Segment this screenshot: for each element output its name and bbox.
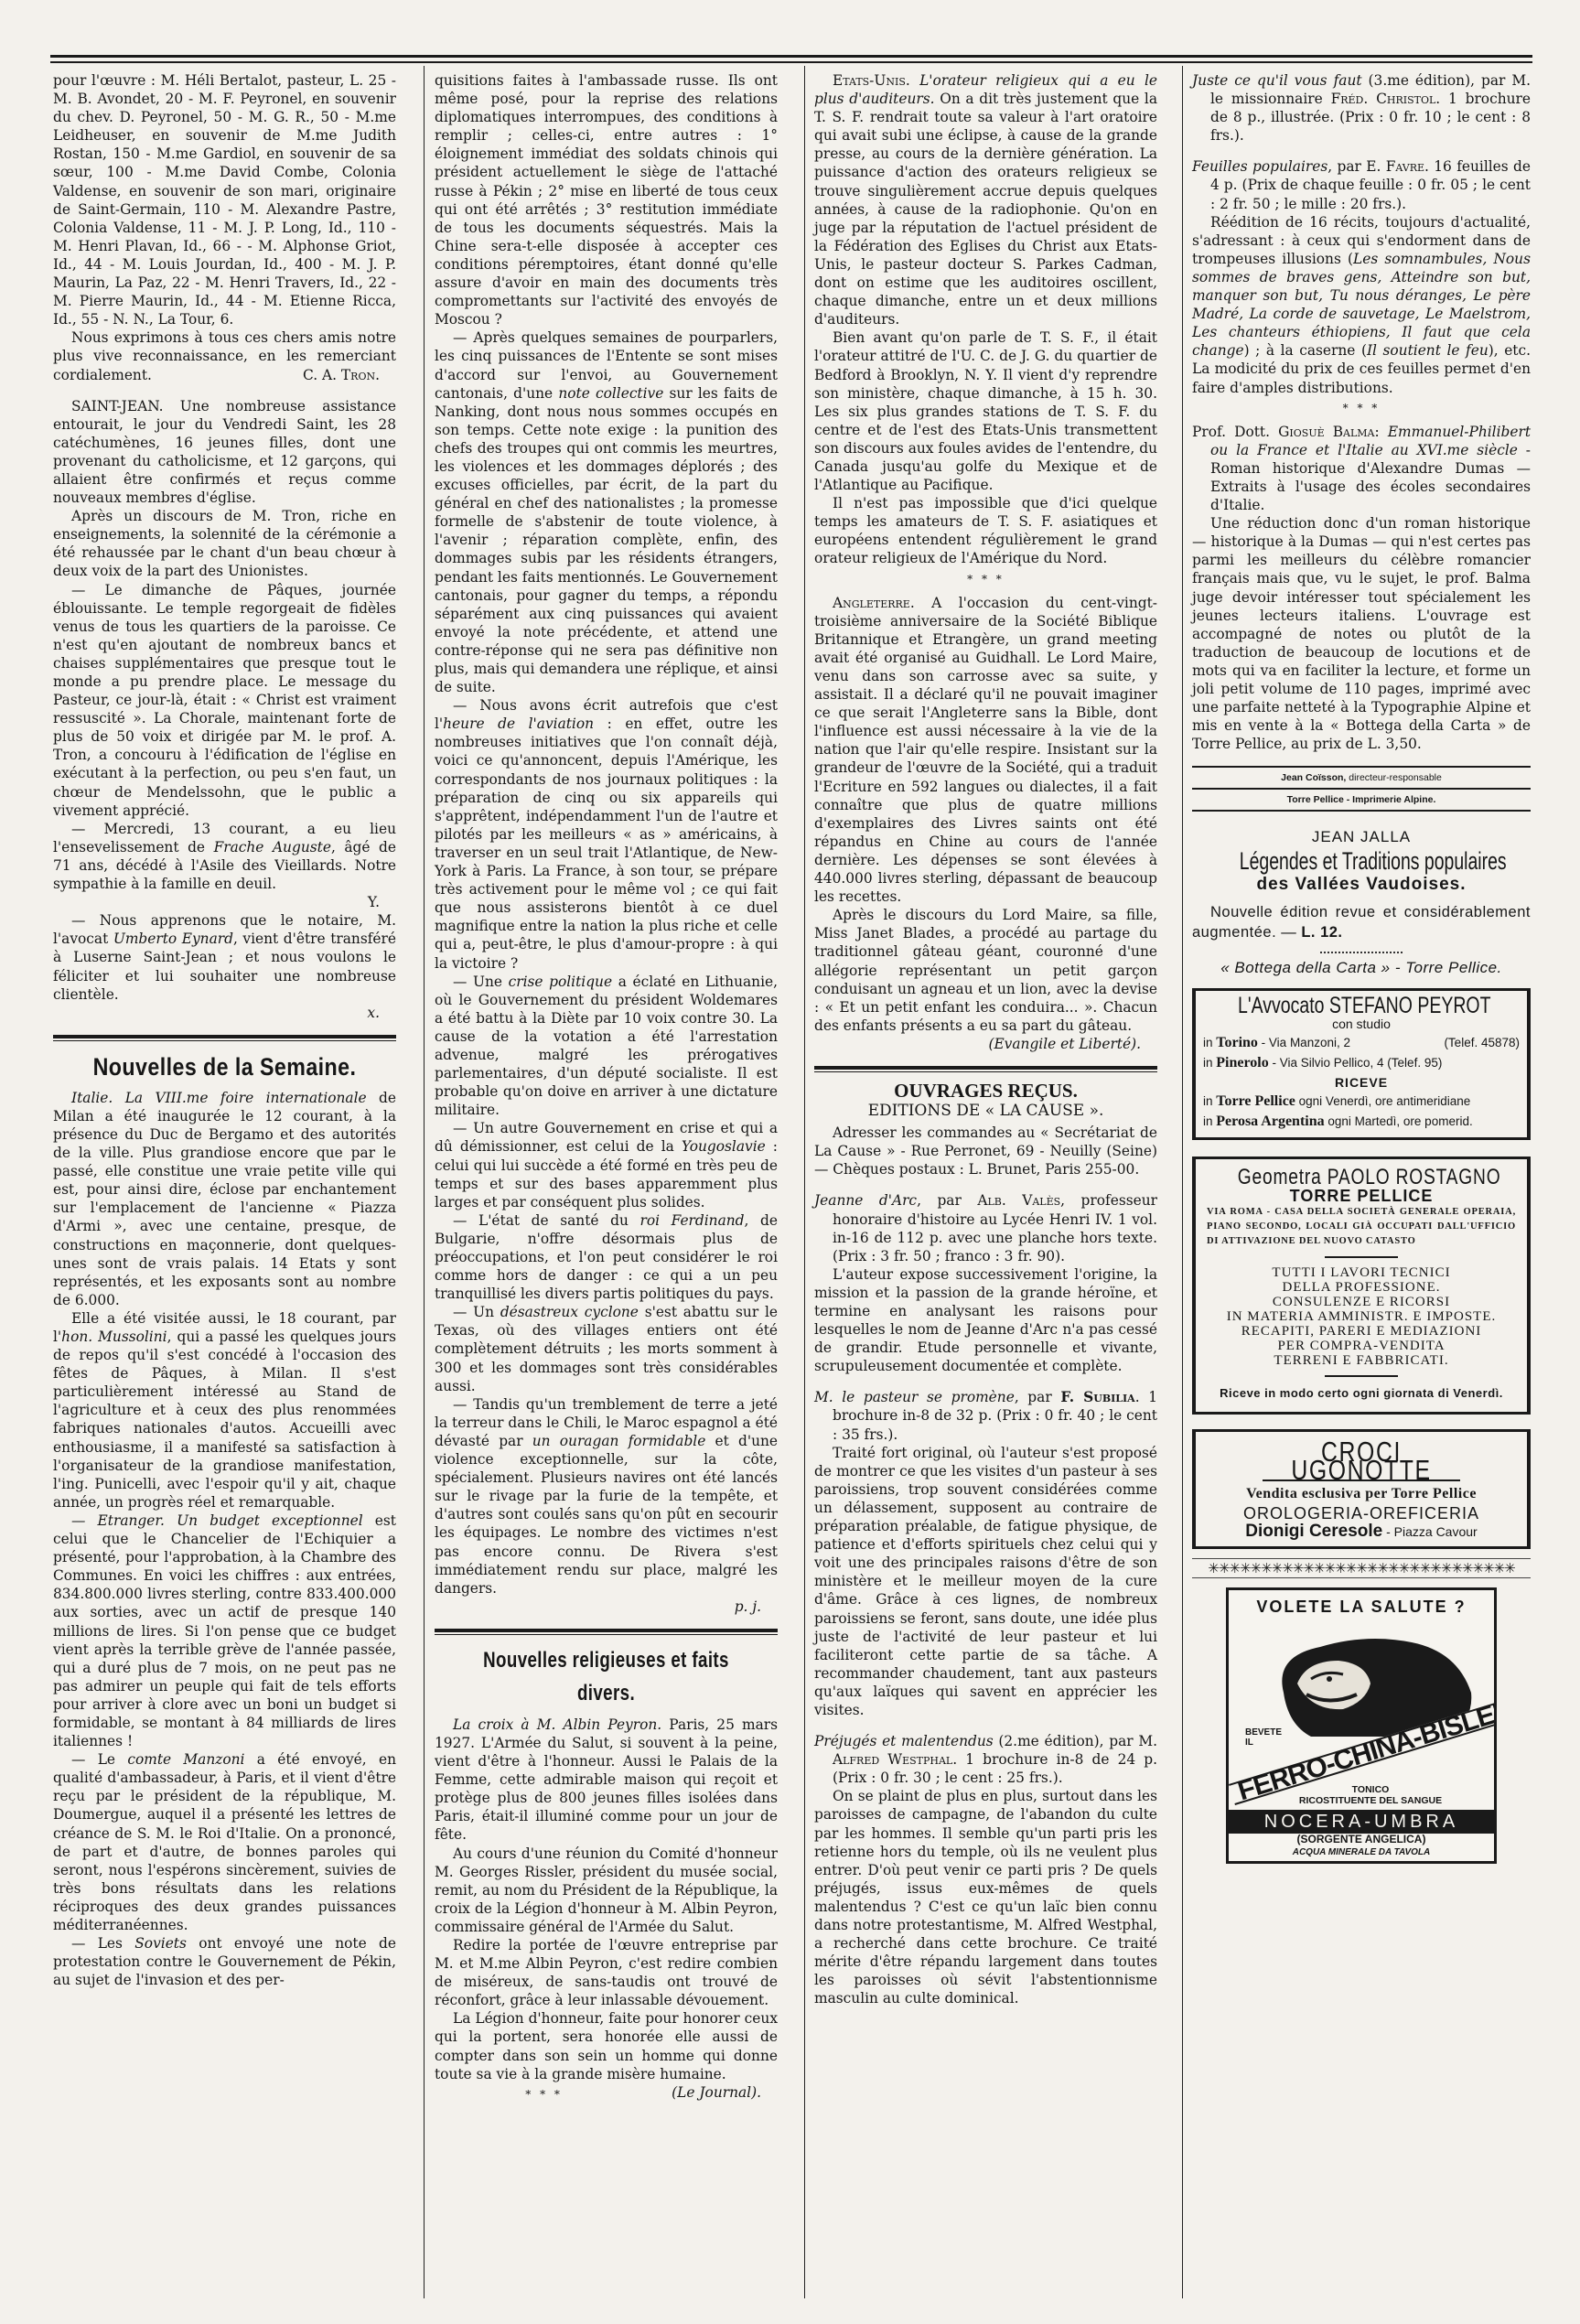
paragraph: Au cours d'une réunion du Comité d'honne… [435, 1845, 778, 1936]
paragraph: Adresser les commandes au « Secrétariat … [814, 1124, 1157, 1178]
paragraph: — Tandis qu'un tremblement de terre a je… [435, 1395, 778, 1598]
paragraph: Il n'est pas impossible que d'ici quelqu… [814, 494, 1157, 567]
paragraph: quisitions faites à l'ambassade russe. I… [435, 71, 778, 328]
ornamental-border: ✳✳✳✳✳✳✳✳✳✳✳✳✳✳✳✳✳✳✳✳✳✳✳✳✳✳✳✳✳ [1192, 1558, 1531, 1578]
section-title-ouvrages-recus: OUVRAGES REÇUS. [814, 1081, 1157, 1100]
column-divider [804, 66, 805, 2298]
section-rule [814, 1066, 1157, 1072]
paragraph: — Un autre Gouvernement en crise et qui … [435, 1119, 778, 1210]
ad-address: VIA ROMA - CASA DELLA SOCIETÀ GENERALE O… [1207, 1205, 1516, 1249]
signature: C. A. Tron. [285, 366, 396, 384]
ad-avvocato-peyrot: L'Avvocato STEFANO PEYROT con studio in … [1192, 988, 1531, 1140]
paragraph: — Nous avons écrit autrefois que c'est l… [435, 696, 778, 972]
saint-jean-article: SAINT-JEAN. Une nombreuse assistance ent… [53, 397, 396, 508]
paragraph: La Légion d'honneur, faite pour honorer … [435, 2009, 778, 2082]
book-review: On se plaint de plus en plus, surtout da… [814, 1787, 1157, 2007]
source-citation: (Evangile et Liberté). [814, 1035, 1157, 1053]
book-review: Réédition de 16 récits, toujours d'actua… [1192, 213, 1531, 397]
column-1: pour l'œuvre : M. Héli Bertalot, pasteur… [53, 71, 396, 1989]
paragraph: — Une crise politique a éclaté en Lithua… [435, 973, 778, 1120]
ad-hours-torre-pellice: in Torre Pellice ogni Venerdì, ore antim… [1203, 1092, 1520, 1112]
ad-headline: VOLETE LA SALUTE ? [1229, 1598, 1494, 1616]
paragraph: Redire la portée de l'œuvre entreprise p… [435, 1936, 778, 2009]
ad-line: OROLOGERIA-OREFICERIA [1203, 1504, 1520, 1522]
book-review: L'auteur expose successivement l'origine… [814, 1265, 1157, 1376]
paragraph: Bien avant qu'on parle de T. S. F., il é… [814, 328, 1157, 494]
ad-title: L'Avvocato STEFANO PEYROT [1238, 996, 1485, 1015]
book-entry: Jeanne d'Arc, par Alb. Valès, professeur… [814, 1191, 1157, 1264]
section-title-nouvelles-semaine: Nouvelles de la Semaine. [77, 1050, 372, 1083]
imprint: Jean Coïsson, directeur-responsable Torr… [1192, 766, 1531, 812]
paragraph: — Nous apprenons que le notaire, M. l'av… [53, 911, 396, 1003]
book-entry: M. le pasteur se promène, par F. Subilia… [814, 1388, 1157, 1443]
paragraph: — Mercredi, 13 courant, a eu lieu l'ense… [53, 820, 396, 893]
paragraph: Elle a été visitée aussi, le 18 courant,… [53, 1309, 396, 1512]
paragraph: — Le comte Manzoni a été envoyé, en qual… [53, 1750, 396, 1934]
paragraph: — Le dimanche de Pâques, journée éblouis… [53, 581, 396, 820]
ad-tagline: TONICORICOSTITUENTE DEL SANGUE [1284, 1784, 1457, 1806]
imprint-printer: Torre Pellice - Imprimerie Alpine. [1192, 791, 1531, 808]
signature: Y. [53, 893, 396, 911]
ad-town: TORRE PELLICE [1207, 1187, 1516, 1205]
ad-merchant: Dionigi Ceresole - Piazza Cavour [1203, 1522, 1520, 1541]
angleterre-article: Angleterre. A l'occasion du cent-vingt-t… [814, 594, 1157, 907]
book-entry: Prof. Dott. Giosuè Balma: Emmanuel-Phili… [1192, 423, 1531, 514]
separator-stars: * * * [814, 570, 1157, 588]
donations-list: pour l'œuvre : M. Héli Bertalot, pasteur… [53, 71, 396, 328]
ad-source: (SORGENTE ANGELICA)ACQUA MINERALE DA TAV… [1229, 1834, 1494, 1858]
book-entry: Feuilles populaires, par E. Favre. 16 fe… [1192, 157, 1531, 212]
book-entry: Juste ce qu'il vous faut (3.me édition),… [1192, 71, 1531, 145]
ad-seller: « Bottega della Carta » - Torre Pellice. [1192, 959, 1531, 977]
ad-hours-perosa: in Perosa Argentina ogni Martedì, ore po… [1203, 1112, 1520, 1132]
etats-unis-article: Etats-Unis. L'orateur religieux qui a eu… [814, 71, 1157, 328]
paragraph: — Les Soviets ont envoyé une note de pro… [53, 1934, 396, 1989]
donations-thanks: Nous exprimons à tous ces chers amis not… [53, 328, 396, 383]
ad-subtitle: des Vallées Vaudoises. [1192, 876, 1531, 894]
book-review: Une réduction donc d'un roman historique… [1192, 514, 1531, 753]
column-4: Juste ce qu'il vous faut (3.me édition),… [1192, 71, 1531, 1864]
paragraph: La croix à M. Albin Peyron. Paris, 25 ma… [435, 1716, 778, 1845]
paragraph: Après un discours de M. Tron, riche en e… [53, 507, 396, 580]
ad-title: Légendes et Traditions populaires [1240, 846, 1483, 876]
ad-nocera: NOCERA-UMBRA [1229, 1810, 1494, 1834]
book-review: Traité fort original, où l'auteur s'est … [814, 1444, 1157, 1719]
etranger-article: — Etranger. Un budget exceptionnel est c… [53, 1512, 396, 1750]
ad-jalla-book: JEAN JALLA Légendes et Traditions popula… [1192, 828, 1531, 976]
ad-bevete: BEVETEIL [1245, 1727, 1282, 1748]
paragraph: Après le discours du Lord Maire, sa fill… [814, 906, 1157, 1035]
column-divider [424, 66, 425, 2298]
dotted-rule [1320, 952, 1403, 953]
ad-ferro-china-bisleri: VOLETE LA SALUTE ? BEVETEIL FERRO-CHINA-… [1226, 1587, 1497, 1864]
ad-title: CROCI UGONOTTE [1263, 1443, 1460, 1481]
source-citation: (Le Journal). [653, 2083, 778, 2102]
ad-title: Geometra PAOLO ROSTAGNO [1238, 1168, 1485, 1187]
ad-riceve: RICEVE [1203, 1073, 1520, 1092]
ad-services: TUTTI I LAVORI TECNICI DELLA PROFESSIONE… [1207, 1265, 1516, 1368]
divider [1325, 1375, 1398, 1377]
publisher-heading: EDITIONS DE « LA CAUSE ». [814, 1102, 1157, 1120]
section-rule [53, 1035, 396, 1041]
ad-description: Nouvelle édition revue et considérableme… [1192, 902, 1531, 942]
paragraph: — Un désastreux cyclone s'est abattu sur… [435, 1303, 778, 1394]
column-2: quisitions faites à l'ambassade russe. I… [435, 71, 778, 2109]
separator-stars: * * * [1192, 399, 1531, 417]
paragraph: — L'état de santé du roi Ferdinand, de B… [435, 1211, 778, 1303]
ad-line: Vendita esclusiva per Torre Pellice [1203, 1485, 1520, 1503]
ad-croci-ugonotte: CROCI UGONOTTE Vendita esclusiva per Tor… [1192, 1429, 1531, 1548]
ad-geometra-rostagno: Geometra PAOLO ROSTAGNO TORRE PELLICE VI… [1192, 1157, 1531, 1415]
page-top-rule [50, 55, 1532, 63]
divider [1325, 1256, 1398, 1258]
ad-author: JEAN JALLA [1192, 828, 1531, 846]
section-title-nouvelles-religieuses: Nouvelles religieuses et faits divers. [472, 1644, 740, 1710]
ad-riceve: Riceve in modo certo ogni giornata di Ve… [1207, 1384, 1516, 1403]
ad-office-torino: in Torino - Via Manzoni, 2(Telef. 45878) [1203, 1033, 1520, 1053]
paragraph: — Après quelques semaines de pourparlers… [435, 328, 778, 696]
signature: x. [53, 1004, 396, 1022]
italie-article: Italie. La VIII.me foire internationale … [53, 1089, 396, 1309]
signature: p. j. [435, 1598, 778, 1616]
column-divider [1182, 66, 1183, 2298]
book-entry: Préjugés et malentendus (2.me édition), … [814, 1732, 1157, 1787]
section-rule [435, 1629, 778, 1635]
imprint-director: Jean Coïsson, directeur-responsable [1192, 769, 1531, 786]
ad-office-pinerolo: in Pinerolo - Via Silvio Pellico, 4 (Tel… [1203, 1053, 1520, 1073]
column-3: Etats-Unis. L'orateur religieux qui a eu… [814, 71, 1157, 2007]
